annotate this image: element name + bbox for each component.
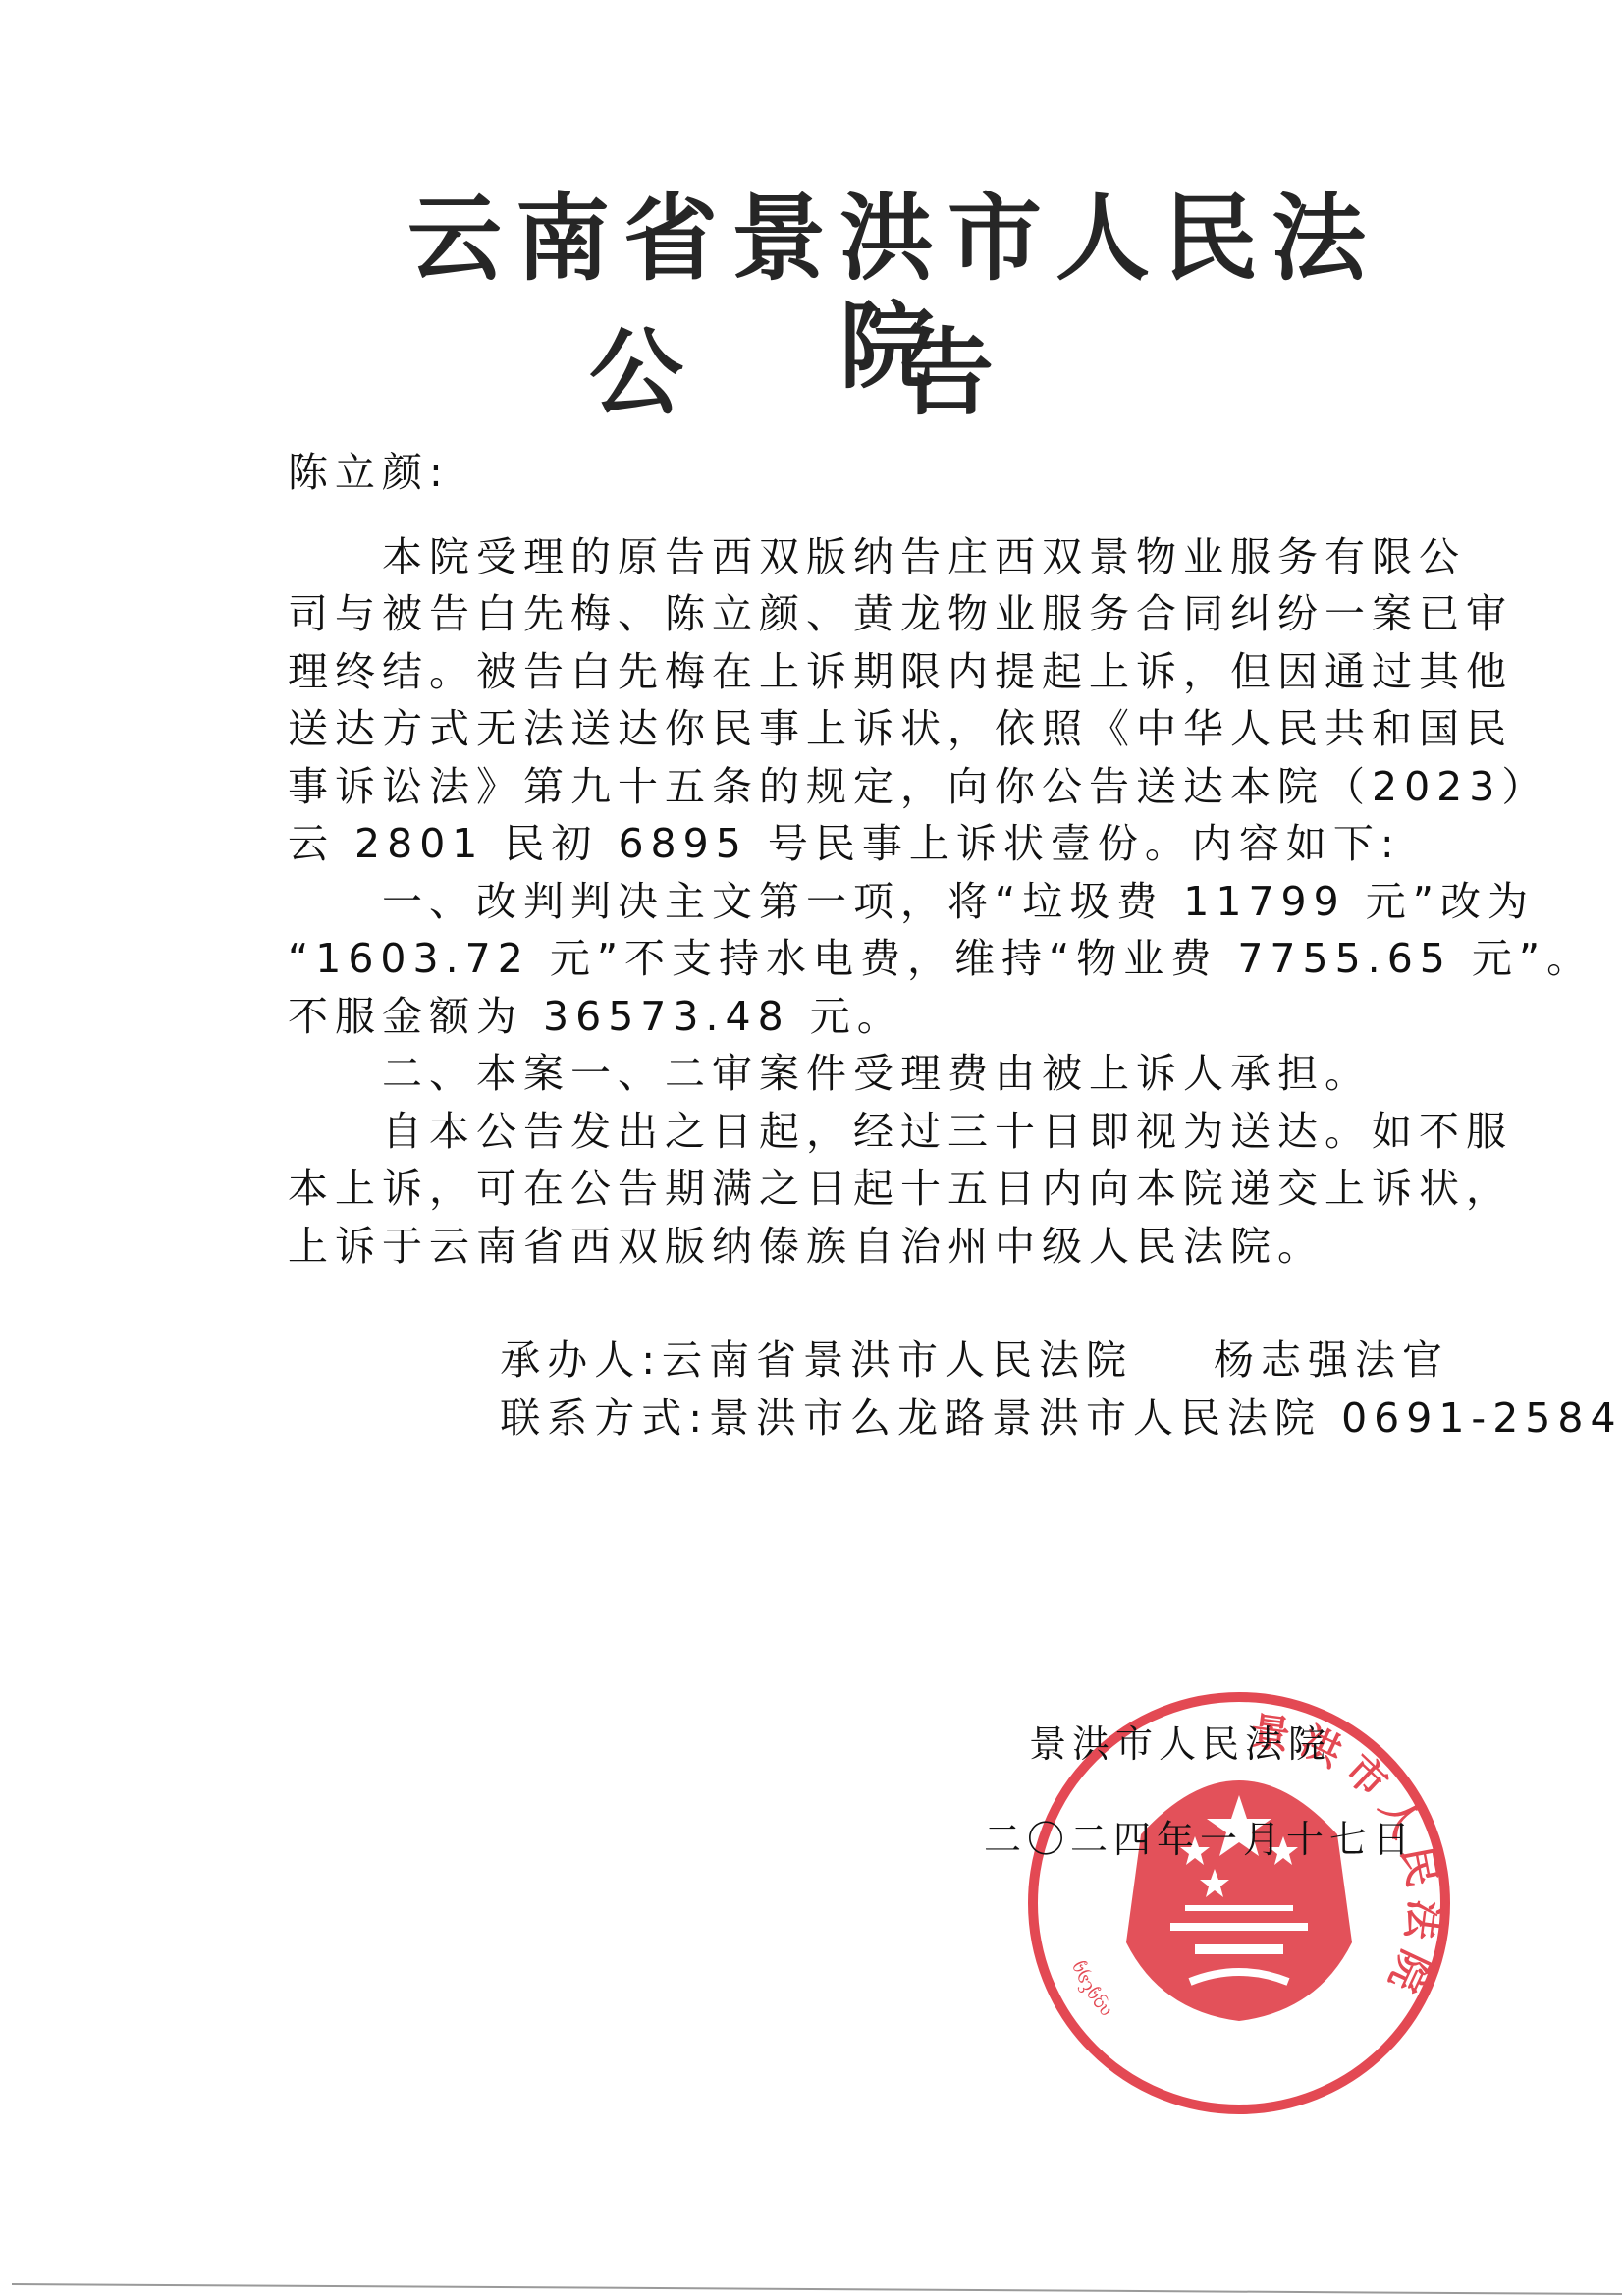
paragraph-line: 不服金额为 36573.48 元。	[288, 988, 904, 1045]
paragraph-line: “1603.72 元”不支持水电费，维持“物业费 7755.65 元”。	[288, 930, 1594, 987]
paragraph-line: 送达方式无法送达你民事上诉状，依照《中华人民共和国民	[288, 700, 1513, 757]
notice-heading: 公告	[589, 319, 1276, 427]
paragraph-line: 本上诉，可在公告期满之日起十五日内向本院递交上诉状，	[288, 1160, 1513, 1217]
contact-value: 景洪市么龙路景洪市人民法院 0691-2584092	[709, 1394, 1623, 1442]
paragraph-line: 一、改判判决主文第一项，将“垃圾费 11799 元”改为	[382, 873, 1535, 930]
signature-court: 景洪市人民法院	[1029, 1714, 1331, 1768]
paragraph-line: 本院受理的原告西双版纳告庄西双景物业服务有限公	[382, 528, 1466, 585]
paragraph-line: 二、本案一、二审案件受理费由被上诉人承担。	[382, 1045, 1372, 1102]
signature-date: 二〇二四年一月十七日	[984, 1809, 1416, 1863]
contact-label: 联系方式:	[500, 1394, 709, 1442]
paragraph-line: 理终结。被告白先梅在上诉期限内提起上诉，但因通过其他	[288, 643, 1513, 700]
paragraph-line: 上诉于云南省西双版纳傣族自治州中级人民法院。	[288, 1218, 1325, 1275]
paragraph-line: 事诉讼法》第九十五条的规定，向你公告送达本院（2023）	[288, 758, 1548, 815]
page-edge-line	[12, 2283, 1622, 2295]
contact-line: 联系方式:景洪市么龙路景洪市人民法院 0691-2584092	[382, 1333, 1623, 1390]
paragraph-line: 司与被告白先梅、陈立颜、黄龙物业服务合同纠纷一案已审	[288, 585, 1513, 642]
notice-page: 云南省景洪市人民法院 公告 陈立颜: 本院受理的原告西双版纳告庄西双景物业服务有…	[0, 0, 1623, 2296]
addressee: 陈立颜:	[288, 444, 450, 501]
handler-line: 承办人:云南省景洪市人民法院杨志强法官	[382, 1275, 1449, 1332]
paragraph-line: 自本公告发出之日起，经过三十日即视为送达。如不服	[382, 1103, 1513, 1160]
paragraph-line: 云 2801 民初 6895 号民事上诉状壹份。内容如下:	[288, 815, 1401, 872]
